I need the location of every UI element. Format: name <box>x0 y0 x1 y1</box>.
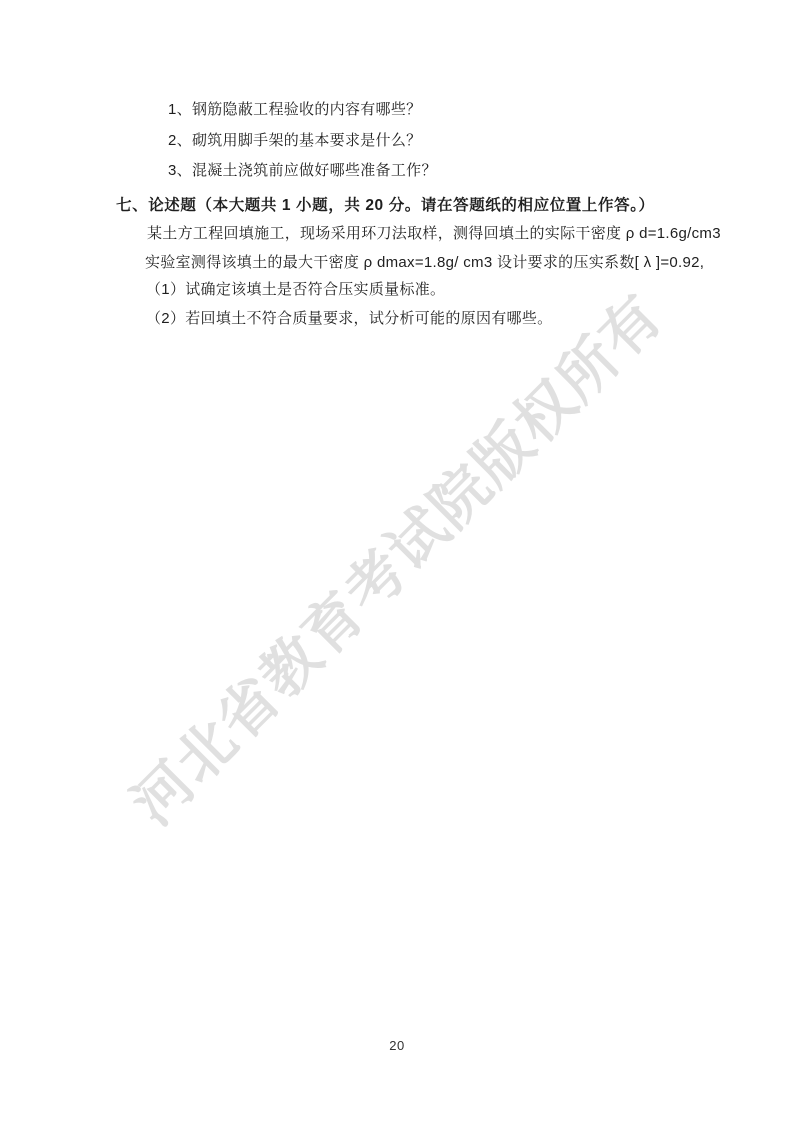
short-question-2: 2、砌筑用脚手架的基本要求是什么？ <box>168 132 421 151</box>
section-seven-heading: 七、论述题（本大题共 1 小题，共 20 分。请在答题纸的相应位置上作答。） <box>116 196 655 215</box>
exam-paper-page: 河北省教育考试院版权所有 1、钢筋隐蔽工程验收的内容有哪些？ 2、砌筑用脚手架的… <box>0 0 794 1123</box>
short-question-1: 1、钢筋隐蔽工程验收的内容有哪些？ <box>168 101 421 120</box>
page-number: 20 <box>0 1038 794 1053</box>
page-content: 1、钢筋隐蔽工程验收的内容有哪些？ 2、砌筑用脚手架的基本要求是什么？ 3、混凝… <box>0 0 794 1123</box>
problem-statement-line-2: 实验室测得该填土的最大干密度 ρ dmax=1.8g/ cm3 设计要求的压实系… <box>145 254 704 273</box>
sub-question-2: （2）若回填土不符合质量要求，试分析可能的原因有哪些。 <box>146 310 552 329</box>
short-question-3: 3、混凝土浇筑前应做好哪些准备工作？ <box>168 162 437 181</box>
sub-question-1: （1）试确定该填土是否符合压实质量标准。 <box>146 281 445 300</box>
problem-statement-line-1: 某土方工程回填施工，现场采用环刀法取样，测得回填土的实际干密度 ρ d=1.6g… <box>147 225 721 244</box>
